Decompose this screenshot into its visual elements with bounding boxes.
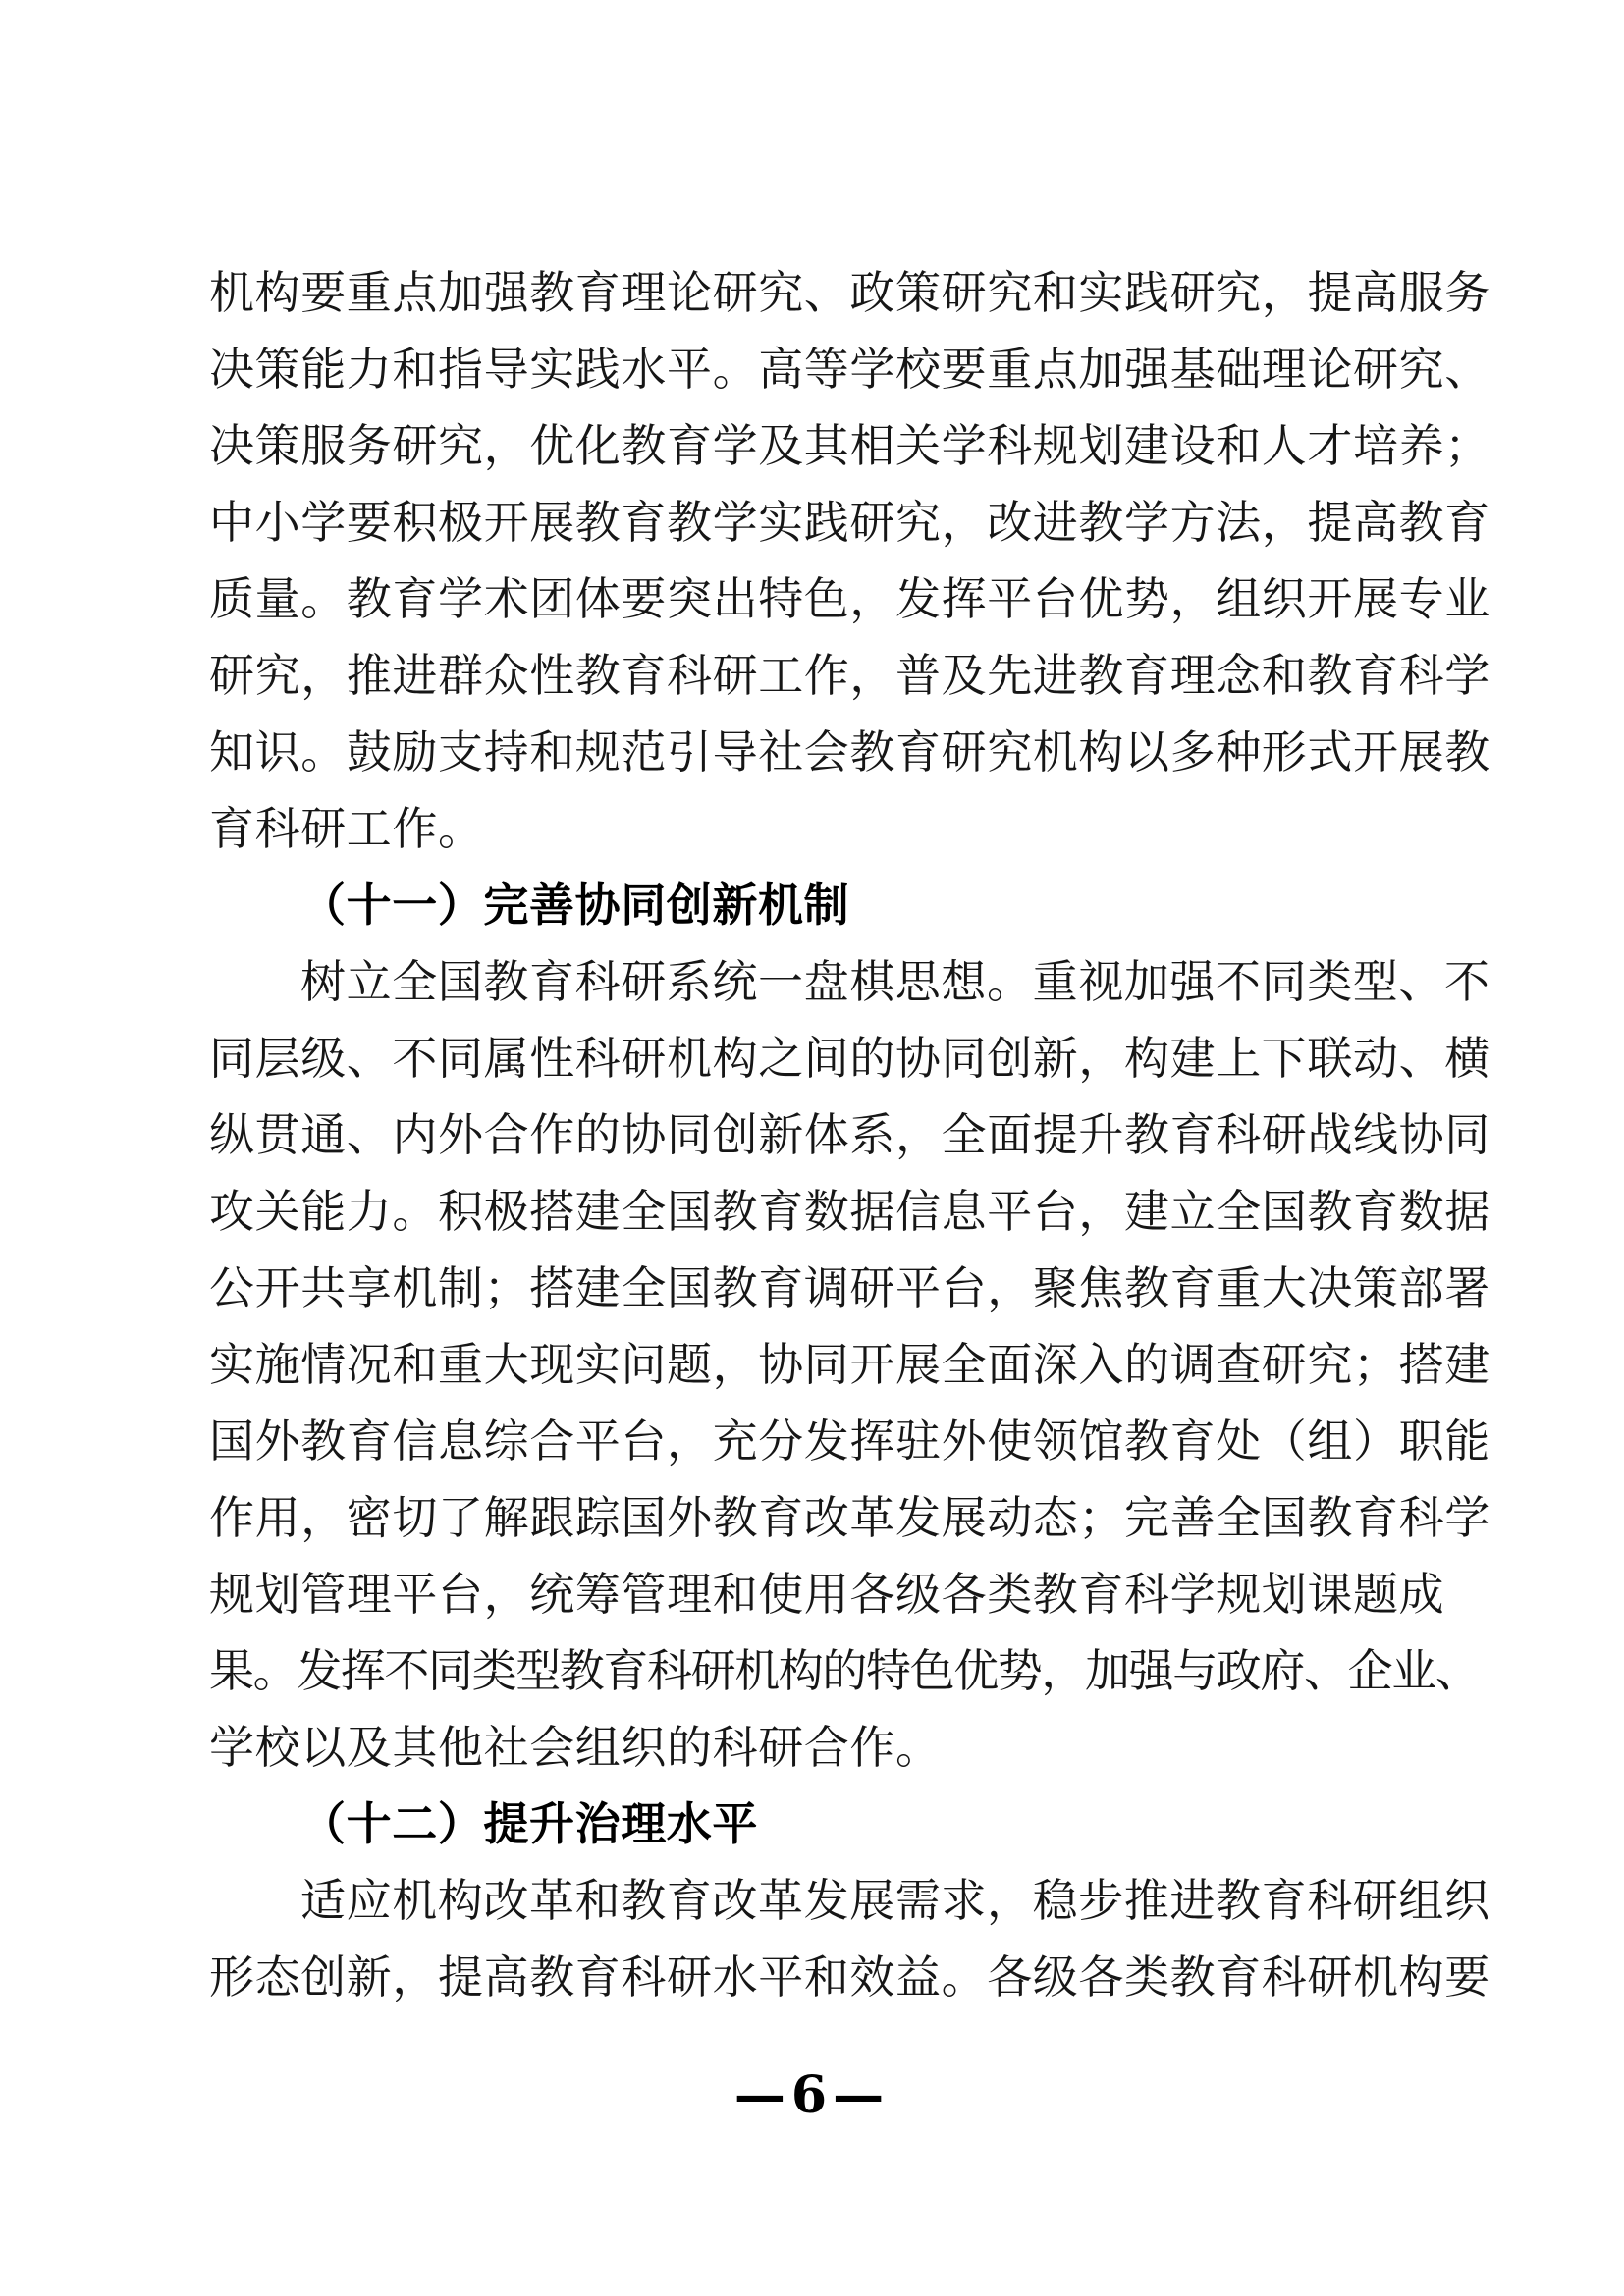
text-line: 决策能力和指导实践水平。高等学校要重点加强基础理论研究、 [209,331,1497,407]
text-line: 果。发挥不同类型教育科研机构的特色优势，加强与政府、企业、 [209,1632,1497,1709]
text-line: 质量。教育学术团体要突出特色，发挥平台优势，组织开展专业 [209,561,1497,637]
document-page: 机构要重点加强教育理论研究、政策研究和实践研究，提高服务决策能力和指导实践水平。… [0,0,1624,2296]
text-line: 机构要重点加强教育理论研究、政策研究和实践研究，提高服务 [209,254,1497,331]
text-line: 适应机构改革和教育改革发展需求，稳步推进教育科研组织 [209,1862,1497,1939]
document-text-block: 机构要重点加强教育理论研究、政策研究和实践研究，提高服务决策能力和指导实践水平。… [209,254,1497,2015]
text-line: 中小学要积极开展教育教学实践研究，改进教学方法，提高教育 [209,484,1497,561]
text-line: 公开共享机制；搭建全国教育调研平台，聚焦教育重大决策部署 [209,1250,1497,1326]
text-line: 攻关能力。积极搭建全国教育数据信息平台，建立全国教育数据 [209,1173,1497,1250]
section-heading: （十二）提升治理水平 [209,1786,1497,1862]
text-line: 同层级、不同属性科研机构之间的协同创新，构建上下联动、横 [209,1020,1497,1096]
text-line: 决策服务研究，优化教育学及其相关学科规划建设和人才培养； [209,407,1497,484]
text-line: 树立全国教育科研系统一盘棋思想。重视加强不同类型、不 [209,943,1497,1020]
text-line: 国外教育信息综合平台，充分发挥驻外使领馆教育处（组）职能 [209,1403,1497,1479]
text-line: 作用，密切了解跟踪国外教育改革发展动态；完善全国教育科学 [209,1479,1497,1556]
text-line: 形态创新，提高教育科研水平和效益。各级各类教育科研机构要 [209,1939,1497,2015]
page-number: —6— [0,2066,1624,2125]
section-heading: （十一）完善协同创新机制 [209,867,1497,943]
text-line: 学校以及其他社会组织的科研合作。 [209,1709,1497,1786]
text-line: 实施情况和重大现实问题，协同开展全面深入的调查研究；搭建 [209,1326,1497,1403]
text-line: 纵贯通、内外合作的协同创新体系，全面提升教育科研战线协同 [209,1096,1497,1173]
text-line: 知识。鼓励支持和规范引导社会教育研究机构以多种形式开展教 [209,714,1497,790]
text-line: 研究，推进群众性教育科研工作，普及先进教育理念和教育科学 [209,637,1497,714]
text-line: 规划管理平台，统筹管理和使用各级各类教育科学规划课题成 [209,1556,1497,1632]
text-line: 育科研工作。 [209,790,1497,867]
